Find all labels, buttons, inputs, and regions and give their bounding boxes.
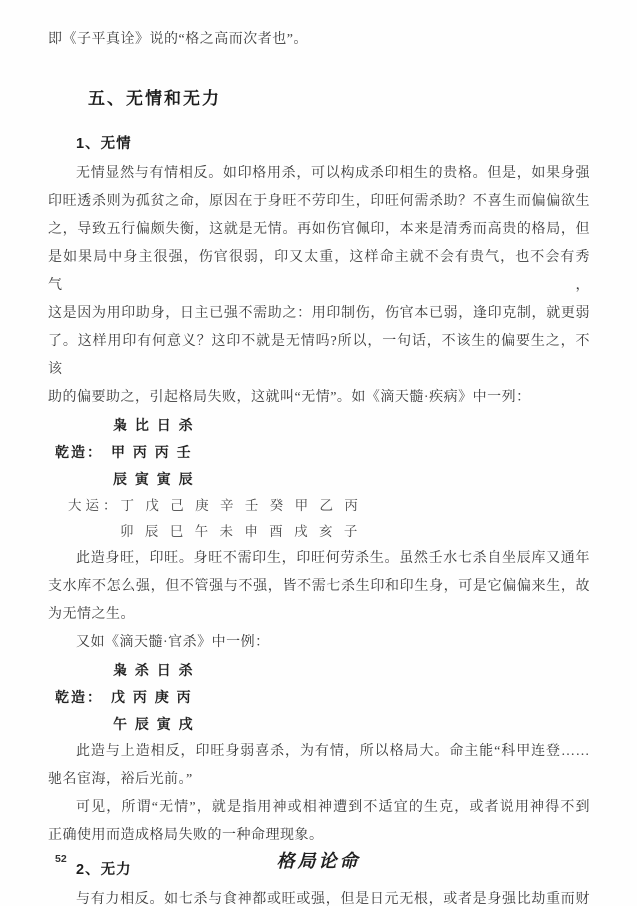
text-line: 是如果局中身主很强，伤官很弱，印又太重，这样命主就不会有贵气，也不会有秀气， [48, 244, 590, 300]
text-line: 了。这样用印有何意义？这印不就是无情吗?所以，一句话，不该生的偏要生之，不该 [48, 328, 590, 384]
stems-row: 乾造：甲 丙 丙 壬 [55, 439, 590, 466]
opening-paragraph-line: 即《子平真诠》说的“格之高而次者也”。 [48, 26, 590, 54]
ten-gods-row: 枭 比 日 杀 [113, 412, 590, 439]
paragraph-wuqing-intro: 无情显然与有情相反。如印格用杀，可以构成杀印相生的贵格。但是，如果身强 印旺透杀… [48, 160, 590, 412]
paragraph-wuli-intro: 与有力相反。如七杀与食神都或旺或强，但是日元无根，或者是身强比劫重而财 [48, 886, 590, 906]
paragraph-chart2-analysis: 此造与上造相反，印旺身弱喜杀，为有情，所以格局大。命主能“科甲连登…… 驰名宦海… [48, 738, 590, 794]
dayun-stems-row: 大运：丁 戊 己 庚 辛 壬 癸 甲 乙 丙 [68, 493, 590, 519]
text-line: 此造与上造相反，印旺身弱喜杀，为有情，所以格局大。命主能“科甲连登…… [48, 738, 590, 766]
bazi-chart-2: 枭 杀 日 杀 乾造：戊 丙 庚 丙 午 辰 寅 戌 [48, 657, 590, 738]
bazi-chart-1: 枭 比 日 杀 乾造：甲 丙 丙 壬 辰 寅 寅 辰 大运：丁 戊 己 庚 辛 … [48, 412, 590, 545]
branches-row: 辰 寅 寅 辰 [113, 466, 590, 493]
paragraph-second-example-lead: 又如《滴天髓·官杀》中一例： [48, 629, 590, 657]
text-line: 这是因为用印助身，日主已强不需助之：用印制伤，伤官本已弱，逢印克制，就更弱 [48, 300, 590, 328]
ten-gods-row: 枭 杀 日 杀 [113, 657, 590, 684]
text-line: 可见，所谓“无情”，就是指用神或相神遭到不适宜的生克，或者说用神得不到 [48, 794, 590, 822]
stems-row: 乾造：戊 丙 庚 丙 [55, 684, 590, 711]
paragraph-chart1-analysis: 此造身旺，印旺。身旺不需印生，印旺何劳杀生。虽然壬水七杀自坐辰库又通年 支水库不… [48, 545, 590, 629]
page-content: 即《子平真诠》说的“格之高而次者也”。 五、无情和无力 1、无情 无情显然与有情… [0, 0, 637, 906]
dayun-label: 大运： [68, 498, 121, 513]
paragraph-wuqing-summary: 可见，所谓“无情”，就是指用神或相神遭到不适宜的生克，或者说用神得不到 正确使用… [48, 794, 590, 850]
heavenly-stems: 甲 丙 丙 壬 [111, 444, 193, 460]
text-line: 无情显然与有情相反。如印格用杀，可以构成杀印相生的贵格。但是，如果身强 [48, 160, 590, 188]
text-line: 为无情之生。 [48, 601, 590, 629]
text-line: 此造身旺，印旺。身旺不需印生，印旺何劳杀生。虽然壬水七杀自坐辰库又通年 [48, 545, 590, 573]
text-line: 印旺透杀则为孤贫之命，原因在于身旺不劳印生，印旺何需杀助？不喜生而偏偏欲生 [48, 188, 590, 216]
text-line: 支水库不怎么强，但不管强与不强，皆不需七杀生印和印生身，可是它偏偏来生，故 [48, 573, 590, 601]
text-line: 助的偏要助之，引起格局失败，这就叫“无情”。如《滴天髓·疾病》中一列： [48, 384, 590, 412]
qianzao-label: 乾造： [55, 689, 103, 705]
heavenly-stems: 戊 丙 庚 丙 [111, 689, 193, 705]
dayun-branches-row: 卯 辰 巳 午 未 申 酉 戌 亥 子 [120, 519, 590, 545]
text-line: 之，导致五行偏颇失衡，这就是无情。再如伤官佩印，本来是清秀而高贵的格局，但 [48, 216, 590, 244]
scanned-book-page: 即《子平真诠》说的“格之高而次者也”。 五、无情和无力 1、无情 无情显然与有情… [0, 0, 637, 906]
text-line: 驰名宦海，裕后光前。” [48, 766, 590, 794]
section-heading: 五、无情和无力 [88, 88, 590, 110]
branches-row: 午 辰 寅 戌 [113, 711, 590, 738]
footer-book-title: 格局论命 [0, 847, 637, 873]
text-line: 与有力相反。如七杀与食神都或旺或强，但是日元无根，或者是身强比劫重而财 [48, 886, 590, 906]
text-line: 正确使用而造成格局失败的一种命理现象。 [48, 822, 590, 850]
dayun-stems: 丁 戊 己 庚 辛 壬 癸 甲 乙 丙 [121, 498, 362, 513]
subsection-heading-wuqing: 1、无情 [76, 134, 590, 154]
qianzao-label: 乾造： [55, 444, 103, 460]
text-line: 又如《滴天髓·官杀》中一例： [48, 629, 590, 657]
